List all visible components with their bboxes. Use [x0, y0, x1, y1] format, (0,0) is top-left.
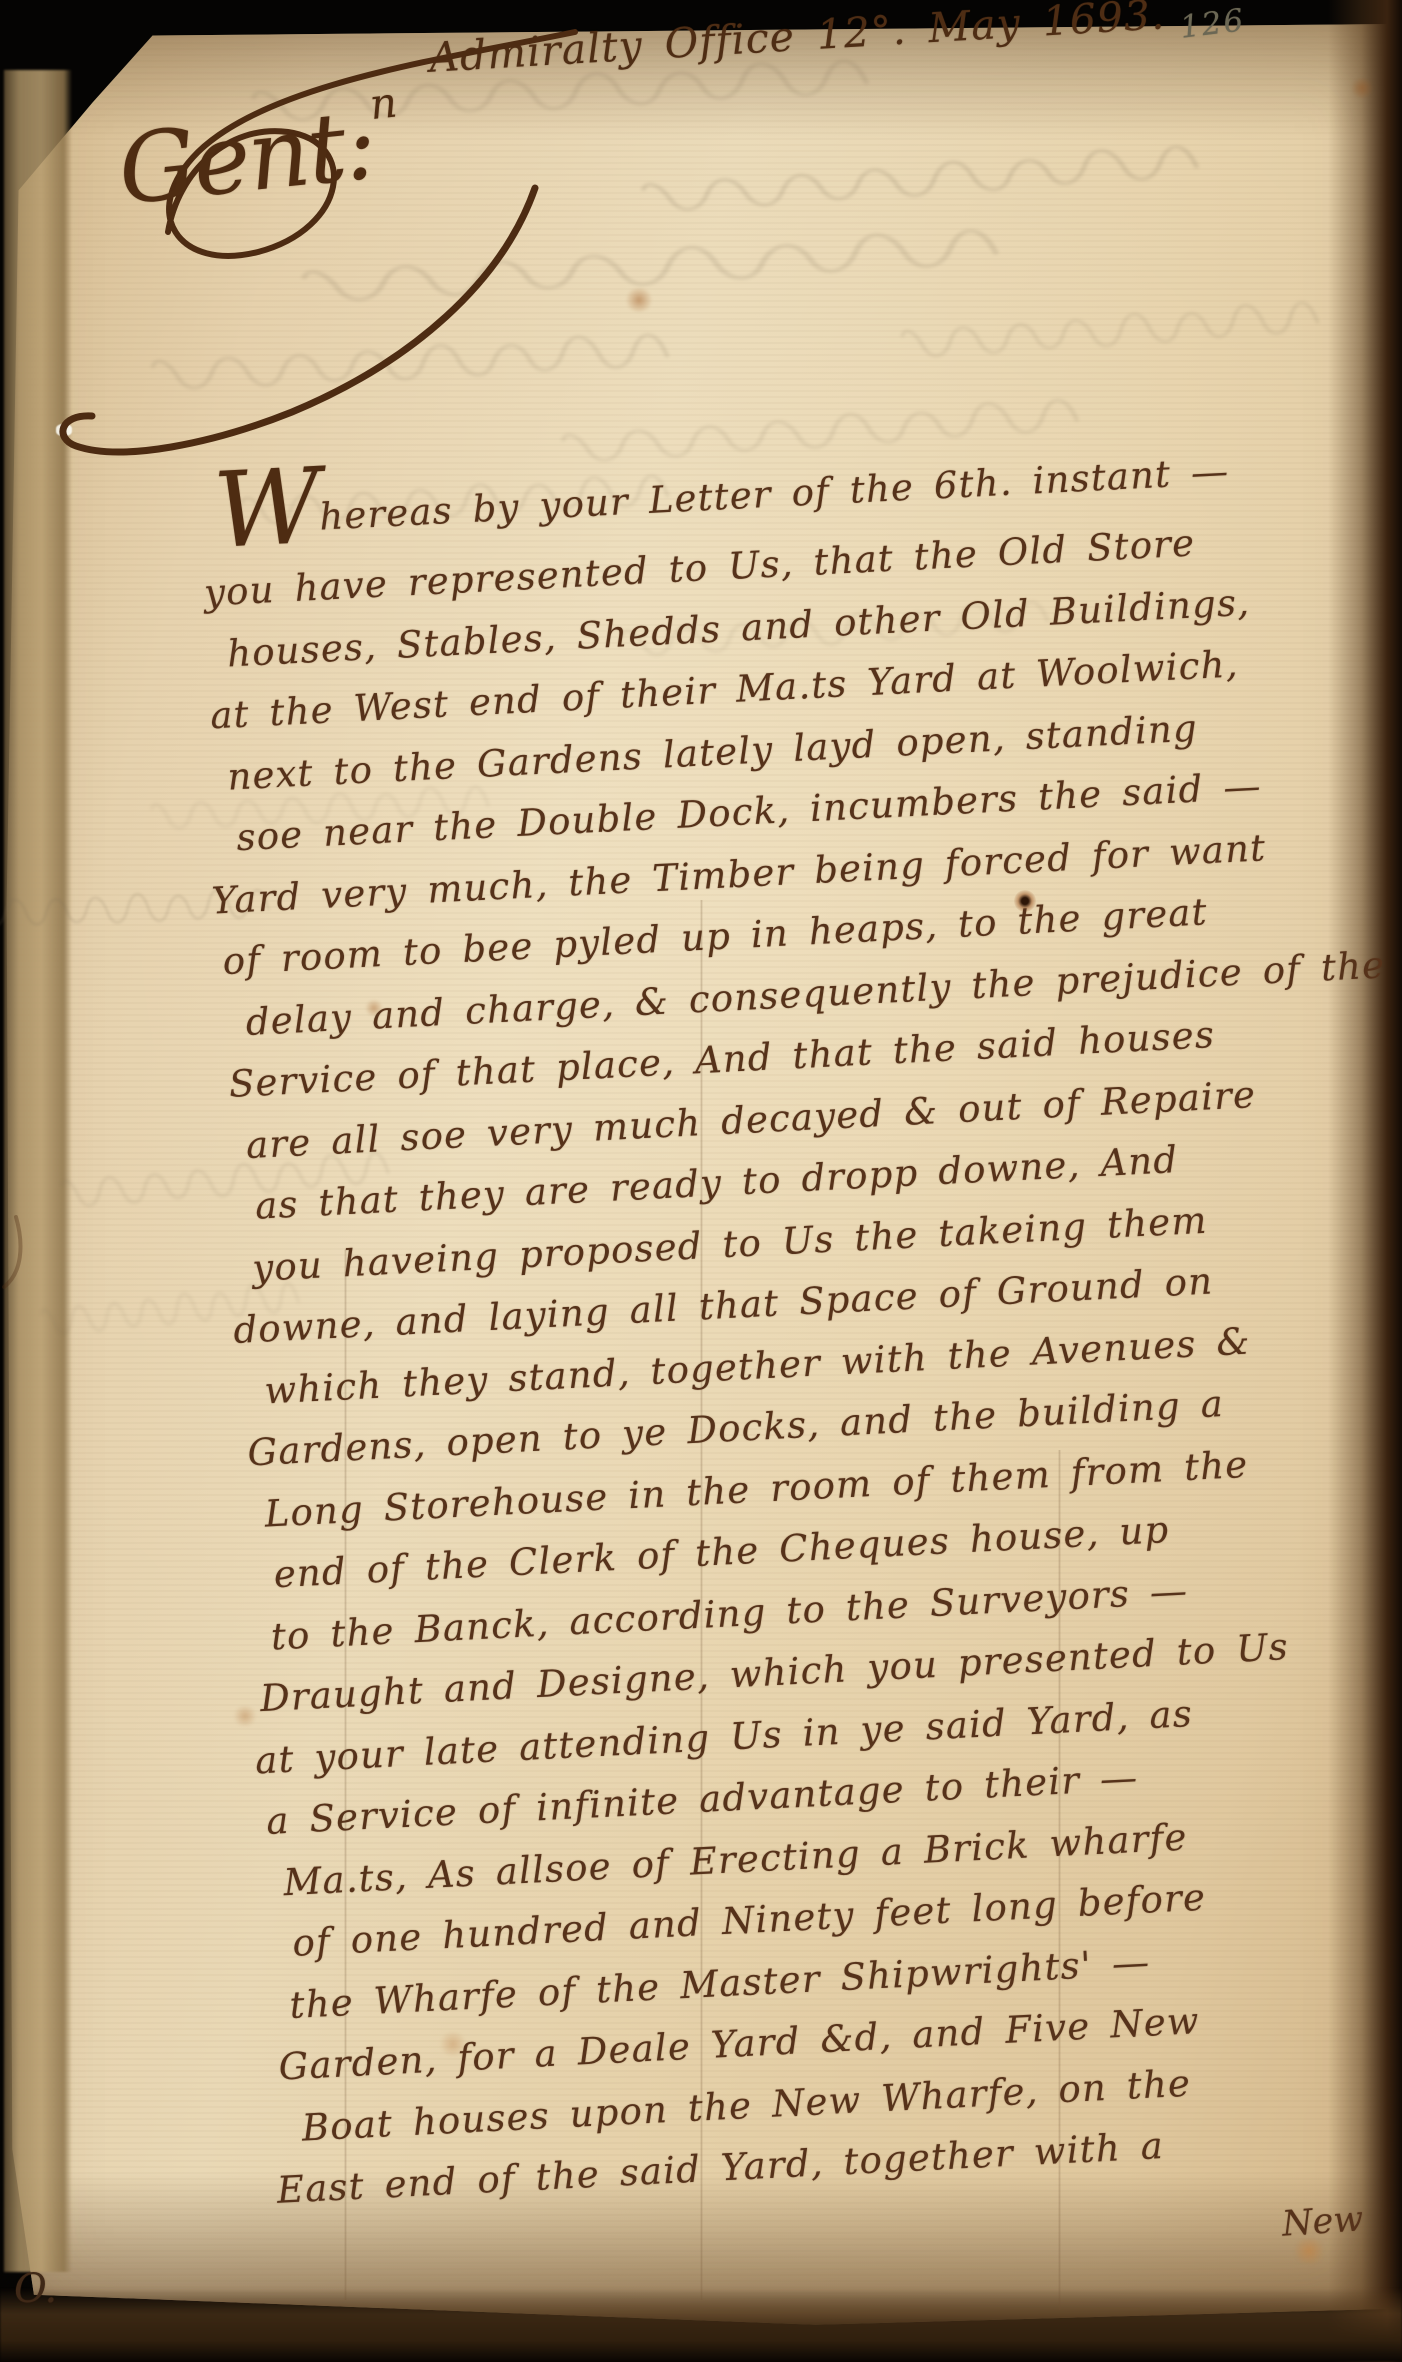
letter-body: Whereas by your Letter of the 6th. insta…: [213, 433, 1402, 2220]
opening-initial: W: [211, 445, 318, 572]
catchword: New: [1281, 2199, 1365, 2245]
page-bottom-decayed-edge: [0, 2288, 1402, 2362]
salutation-superscript: n: [367, 78, 399, 130]
bottom-margin-mark: O.: [14, 2266, 57, 2312]
manuscript-scan: 126 Admiralty Office 12°. May 1693. Gent…: [0, 0, 1402, 2362]
paper-fleck: [56, 424, 72, 436]
binding-strip: [4, 70, 72, 2272]
